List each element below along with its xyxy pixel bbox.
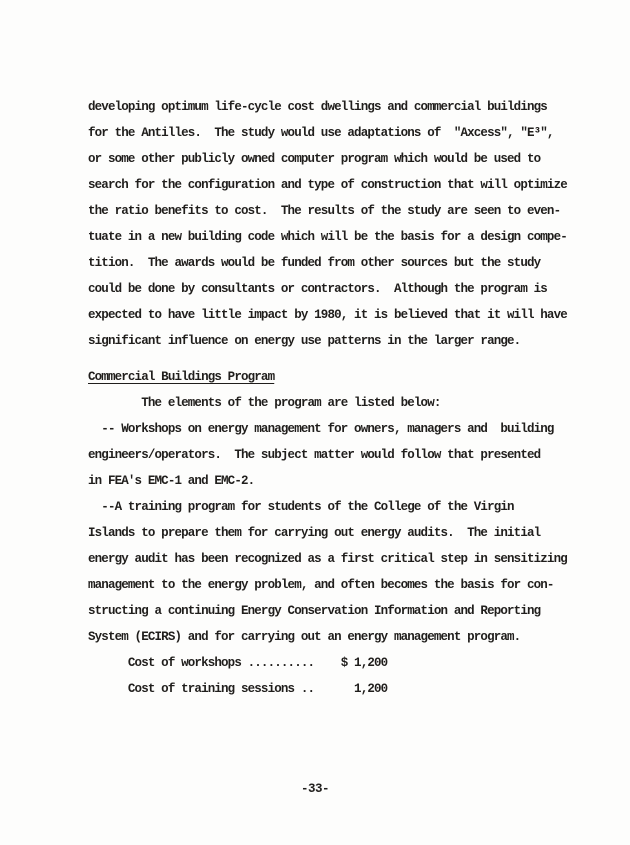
paragraph-line: search for the configuration and type of… — [88, 172, 588, 198]
paragraph-line: The elements of the program are listed b… — [88, 390, 588, 416]
paragraph-line: management to the energy problem, and of… — [88, 572, 588, 598]
paragraph-line: the ratio benefits to cost. The results … — [88, 198, 588, 224]
paragraph-line: structing a continuing Energy Conservati… — [88, 598, 588, 624]
paragraph-line: --A training program for students of the… — [88, 494, 588, 520]
paragraph-line: -- Workshops on energy management for ow… — [88, 416, 588, 442]
paragraph-line: tition. The awards would be funded from … — [88, 250, 588, 276]
paragraph-line: significant influence on energy use patt… — [88, 328, 588, 354]
paragraph-line: developing optimum life-cycle cost dwell… — [88, 94, 588, 120]
page-number: -33- — [0, 782, 630, 796]
paragraph-line: energy audit has been recognized as a fi… — [88, 546, 588, 572]
paragraph-line: in FEA's EMC-1 and EMC-2. — [88, 468, 588, 494]
paragraph-line: System (ECIRS) and for carrying out an e… — [88, 624, 588, 650]
paragraph-line: tuate in a new building code which will … — [88, 224, 588, 250]
scanned-document-page: developing optimum life-cycle cost dwell… — [0, 0, 630, 845]
page-body-text: developing optimum life-cycle cost dwell… — [88, 94, 588, 702]
paragraph-line: engineers/operators. The subject matter … — [88, 442, 588, 468]
paragraph-line: Islands to prepare them for carrying out… — [88, 520, 588, 546]
paragraph-line: expected to have little impact by 1980, … — [88, 302, 588, 328]
paragraph-line: could be done by consultants or contract… — [88, 276, 588, 302]
paragraph-line: for the Antilles. The study would use ad… — [88, 120, 588, 146]
cost-line-workshops: Cost of workshops .......... $ 1,200 — [88, 650, 588, 676]
paragraph-line: or some other publicly owned computer pr… — [88, 146, 588, 172]
cost-line-training: Cost of training sessions .. 1,200 — [88, 676, 588, 702]
section-heading: Commercial Buildings Program — [88, 364, 588, 390]
